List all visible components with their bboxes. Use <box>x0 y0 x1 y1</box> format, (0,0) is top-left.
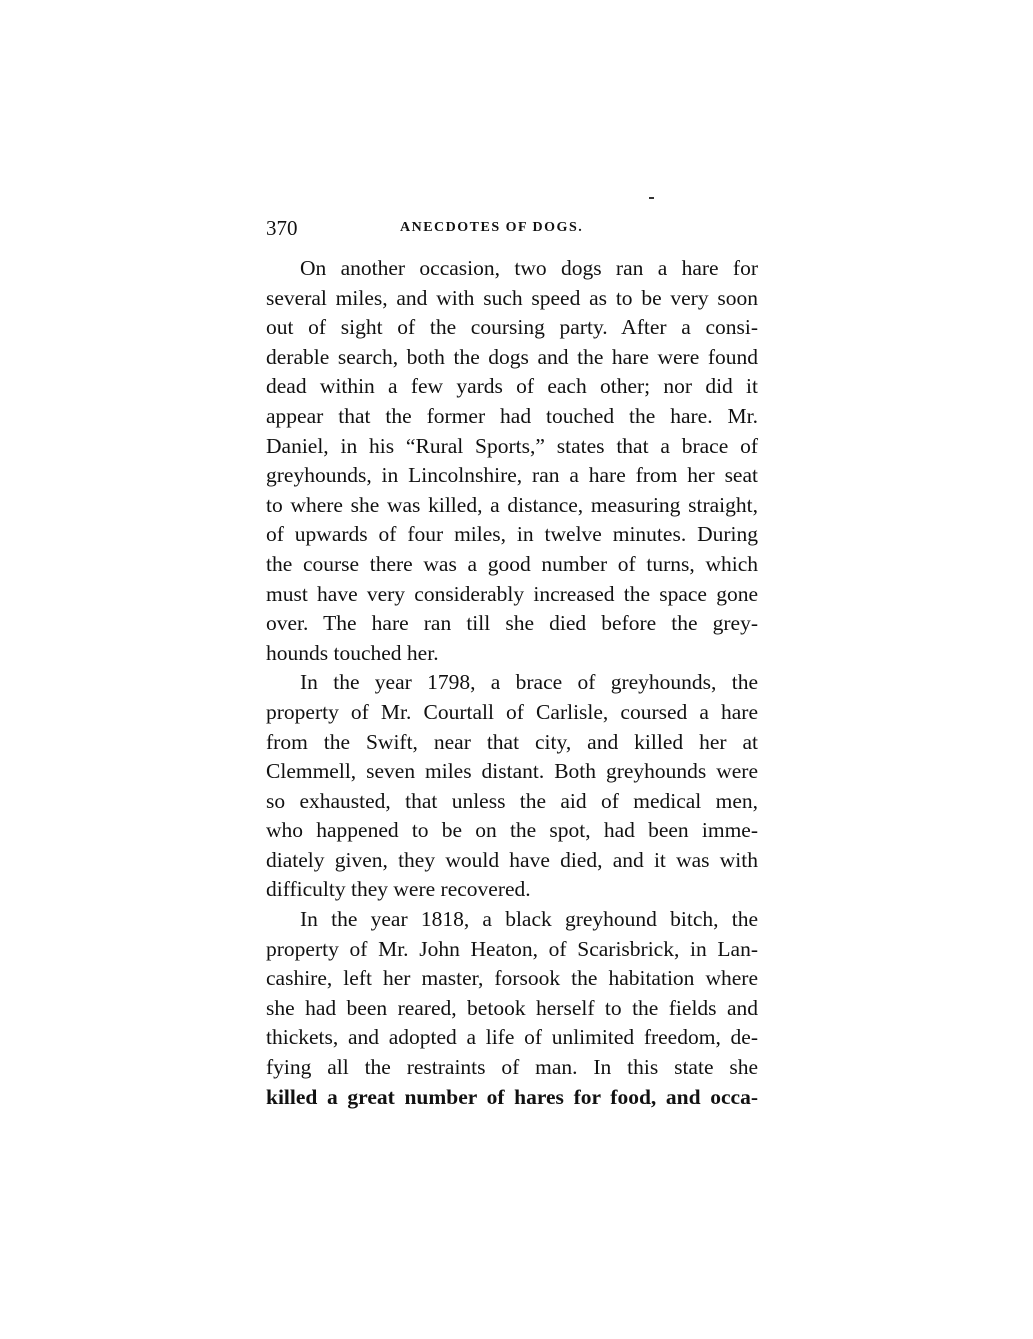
text-line: appear that the former had touched the h… <box>266 402 758 432</box>
text-line: greyhounds, in Lincolnshire, ran a hare … <box>266 461 758 491</box>
text-line: thickets, and adopted a life of unlimite… <box>266 1023 758 1053</box>
text-line: Clemmell, seven miles distant. Both grey… <box>266 757 758 787</box>
text-line: the course there was a good number of tu… <box>266 550 758 580</box>
text-line: to where she was killed, a distance, mea… <box>266 491 758 521</box>
print-speck <box>649 197 654 199</box>
text-line: several miles, and with such speed as to… <box>266 284 758 314</box>
text-line: so exhausted, that unless the aid of med… <box>266 787 758 817</box>
text-line: from the Swift, near that city, and kill… <box>266 728 758 758</box>
running-title: ANECDOTES OF DOGS. <box>400 220 583 236</box>
text-line: property of Mr. Courtall of Carlisle, co… <box>266 698 758 728</box>
text-line: over. The hare ran till she died before … <box>266 609 758 639</box>
text-line: In the year 1798, a brace of greyhounds,… <box>266 668 758 698</box>
text-line: cashire, left her master, forsook the ha… <box>266 964 758 994</box>
book-page: 370 ANECDOTES OF DOGS. On another occasi… <box>0 0 1033 1339</box>
text-line: of upwards of four miles, in twelve minu… <box>266 520 758 550</box>
paragraph-1: On another occasion, two dogs ran a hare… <box>266 254 758 668</box>
text-line: who happened to be on the spot, had been… <box>266 816 758 846</box>
text-line: hounds touched her. <box>266 639 758 669</box>
text-line: property of Mr. John Heaton, of Scarisbr… <box>266 935 758 965</box>
text-line: difficulty they were recovered. <box>266 875 758 905</box>
page-header: 370 ANECDOTES OF DOGS. <box>266 216 766 240</box>
text-line: In the year 1818, a black greyhound bitc… <box>266 905 758 935</box>
text-line: killed a great number of hares for food,… <box>266 1083 758 1113</box>
text-line: must have very considerably increased th… <box>266 580 758 610</box>
text-line: On another occasion, two dogs ran a hare… <box>266 254 758 284</box>
text-line: she had been reared, betook herself to t… <box>266 994 758 1024</box>
text-line: dead within a few yards of each other; n… <box>266 372 758 402</box>
text-line: fying all the restraints of man. In this… <box>266 1053 758 1083</box>
body-text: On another occasion, two dogs ran a hare… <box>266 254 758 1112</box>
text-line: Daniel, in his “Rural Sports,” states th… <box>266 432 758 462</box>
text-line: out of sight of the coursing party. Afte… <box>266 313 758 343</box>
paragraph-3: In the year 1818, a black greyhound bitc… <box>266 905 758 1112</box>
text-line: diately given, they would have died, and… <box>266 846 758 876</box>
page-number: 370 <box>266 216 298 241</box>
text-line: derable search, both the dogs and the ha… <box>266 343 758 373</box>
paragraph-2: In the year 1798, a brace of greyhounds,… <box>266 668 758 905</box>
